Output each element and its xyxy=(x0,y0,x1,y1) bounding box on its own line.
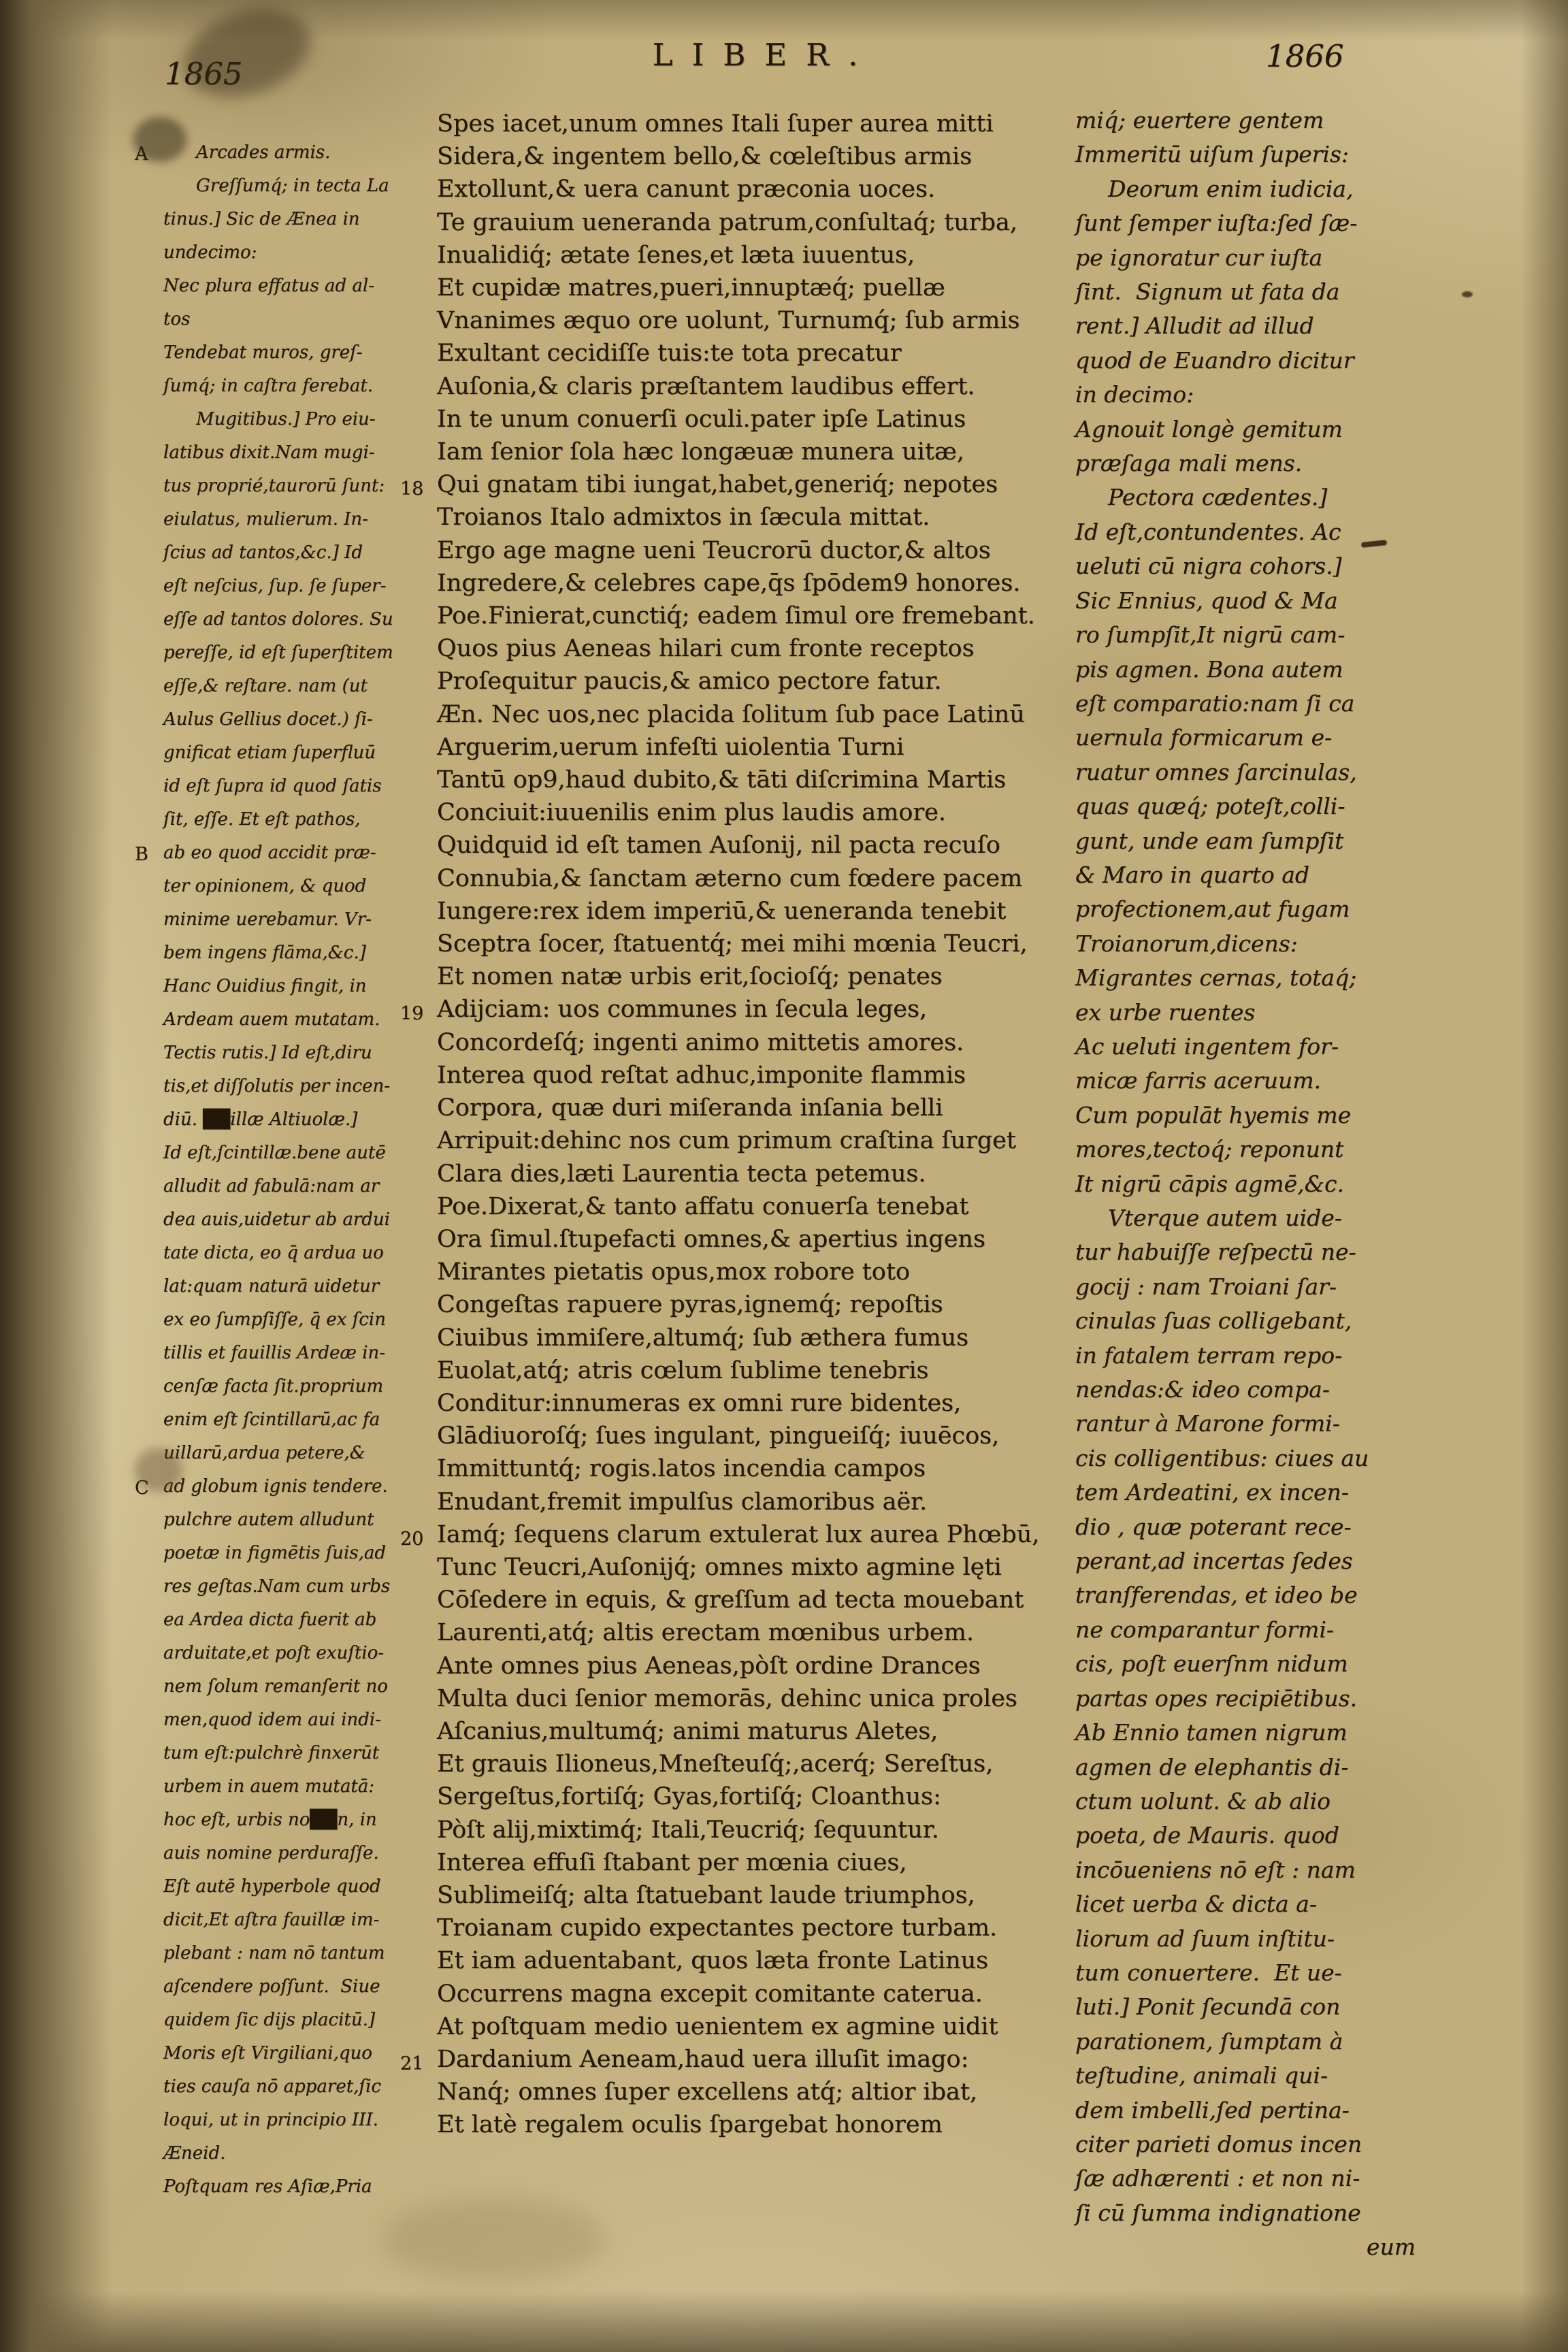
text-line: Sic Ennius, quod & Ma xyxy=(1075,584,1416,618)
text-line: pe ignoratur cur iuſta xyxy=(1075,241,1416,275)
text-line: Arripuit:dehinc nos cum primum craſtina … xyxy=(437,1124,1073,1157)
line-text: Poſtquam res Aſiæ,Pria xyxy=(163,2176,372,2197)
line-text: Connubia,& ſanctam æterno cum fœdere pac… xyxy=(437,865,1022,892)
line-text: Quos pius Aeneas hilari cum fronte recep… xyxy=(437,635,975,662)
line-text: Iam ſenior ſola hæc longæuæ munera uitæ, xyxy=(437,438,964,465)
line-text: quidem ſic dijs placitū.] xyxy=(163,2010,375,2030)
text-line: Agnouit longè gemitum xyxy=(1075,412,1416,446)
text-line: latibus dixit.Nam mugi- xyxy=(163,436,429,470)
text-line: ro ſumpſit,It nigrū cam- xyxy=(1075,618,1416,652)
text-line: 18Qui gnatam tibi iungat,habet,generiq́;… xyxy=(437,468,1073,501)
line-text: Eſt autē hyperbole quod xyxy=(163,1876,381,1897)
text-line: Et iam aduentabant, quos læta fronte Lat… xyxy=(437,1944,1073,1977)
text-line: Deorum enim iudicia, xyxy=(1075,172,1416,206)
text-line: gnificat etiam ſuperfluū xyxy=(163,736,429,770)
line-text: ne comparantur formi- xyxy=(1075,1616,1334,1643)
line-text: Et grauis Ilioneus,Mneſteuſq́;,acerq́; S… xyxy=(437,1750,993,1778)
line-text: Qui gnatam tibi iungat,habet,generiq́; n… xyxy=(437,471,998,498)
line-text: tum eſt:pulchrè finxerūt xyxy=(163,1743,379,1763)
line-text: Enudant,fremit impulſus clamoribus aër. xyxy=(437,1488,927,1516)
line-text: Immeritū uiſum ſuperis: xyxy=(1075,141,1349,167)
text-line: ueluti cū nigra cohors.] xyxy=(1075,549,1416,583)
text-line: Iungere:rex idem imperiū,& ueneranda ten… xyxy=(437,895,1073,928)
text-line: Glādiuoroſq́; ſues ingulant, pingueiſq́;… xyxy=(437,1420,1073,1452)
line-text: Ciuibus immiſere,altumq́; ſub æthera fum… xyxy=(437,1324,968,1352)
line-text: tus proprié,taurorū ſunt: xyxy=(163,476,385,496)
line-text: Deorum enim iudicia, xyxy=(1108,176,1353,202)
text-line: Tendebat muros, greſ- xyxy=(163,336,429,370)
text-line: Ab Ennio tamen nigrum xyxy=(1075,1716,1416,1750)
line-text: pereſſe, id eſt ſuperſtitem xyxy=(163,642,393,663)
line-text: Tantū op9,haud dubito,& tāti diſcrimina … xyxy=(437,766,1006,794)
text-line: ſumq́; in caſtra ferebat. xyxy=(163,370,429,403)
line-text: teſtudine, animali qui- xyxy=(1075,2062,1328,2089)
text-line: tillis et fauillis Ardeæ in- xyxy=(163,1337,429,1370)
text-line: ex eo ſumpſiſſe, q̄ ex ſcin xyxy=(163,1303,429,1337)
text-line: eiulatus, mulierum. In- xyxy=(163,503,429,536)
text-line: men,quod idem aui indi- xyxy=(163,1703,429,1737)
line-text: Iungere:rex idem imperiū,& ueneranda ten… xyxy=(437,898,1006,925)
text-line: Troianorum,dicens: xyxy=(1075,927,1416,961)
text-line: Cōſedere in equis, & greſſum ad tecta mo… xyxy=(437,1584,1073,1616)
line-text: tem Ardeatini, ex incen- xyxy=(1075,1479,1349,1505)
text-line: Corpora, quæ duri miſeranda inſania bell… xyxy=(437,1092,1073,1124)
line-text: Et cupidæ matres,pueri,innuptæq́; puellæ xyxy=(437,274,945,301)
line-text: Poe.Dixerat,& tanto affatu conuerſa tene… xyxy=(437,1193,968,1220)
text-line: 19Adijciam: uos communes in ſecula leges… xyxy=(437,993,1073,1026)
line-text: præſaga mali mens. xyxy=(1075,450,1302,476)
line-text: Auſonia,& claris præſtantem laudibus eff… xyxy=(437,373,975,400)
line-text: Ardeam auem mutatam. xyxy=(163,1009,380,1030)
line-text: Sublimeiſq́; alta ſtatuebant laude trium… xyxy=(437,1882,975,1909)
line-text: Te grauium ueneranda patrum,conſultaq́; … xyxy=(437,209,1017,236)
text-line: 21Dardanium Aeneam,haud uera illuſit ima… xyxy=(437,2043,1073,2076)
line-text: agmen de elephantis di- xyxy=(1075,1754,1349,1780)
text-line: ſit, eſſe. Et eſt pathos, xyxy=(163,803,429,836)
margin-section-letter: B xyxy=(135,838,148,871)
line-text: Laurenti,atq́; altis erectam mœnibus urb… xyxy=(437,1619,974,1646)
text-line: undecimo: xyxy=(163,236,429,269)
line-text: ueluti cū nigra cohors.] xyxy=(1075,553,1342,579)
text-line: Occurrens magna excepit comitante cateru… xyxy=(437,1978,1073,2010)
text-line: Troianam cupido expectantes pectore turb… xyxy=(437,1912,1073,1944)
text-line: dem imbelli,ſed pertina- xyxy=(1075,2093,1416,2127)
text-line: Migrantes cernas, totaq́; xyxy=(1075,961,1416,995)
text-line: Æneid. xyxy=(163,2137,429,2170)
text-line: Conditur:innumeras ex omni rure bidentes… xyxy=(437,1387,1073,1420)
text-line: dea auis,uidetur ab ardui xyxy=(163,1203,429,1237)
text-line: tinus.] Sic de Ænea in xyxy=(163,203,429,236)
text-line: cis colligentibus: ciues au xyxy=(1075,1441,1416,1475)
text-line: Extollunt,& uera canunt præconia uoces. xyxy=(437,173,1073,206)
line-text: urbem in auem mutatā: xyxy=(163,1776,374,1797)
text-line: Nanq́; omnes ſuper excellens atq́; altio… xyxy=(437,2076,1073,2108)
text-line: Ante omnes pius Aeneas,pòſt ordine Dranc… xyxy=(437,1650,1073,1682)
text-line: Immittuntq́; rogis.latos incendia campos xyxy=(437,1452,1073,1485)
line-text: cenſæ facta ſit.proprium xyxy=(163,1376,383,1396)
text-line: rent.] Alludit ad illud xyxy=(1075,309,1416,343)
line-text: pulchre autem alludunt xyxy=(163,1509,374,1530)
text-line: parationem, ſumptam à xyxy=(1075,2025,1416,2059)
text-line: miq́; euertere gentem xyxy=(1075,103,1416,137)
text-line: cinulas ſuas colligebant, xyxy=(1075,1304,1416,1338)
line-text: licet uerba & dicta a- xyxy=(1075,1891,1317,1917)
text-line: Ingredere,& celebres cape,q̄s ſpōdem9 ho… xyxy=(437,567,1073,600)
line-text: Troianam cupido expectantes pectore turb… xyxy=(437,1914,997,1942)
line-text: Tunc Teucri,Auſonijq́; omnes mixto agmin… xyxy=(437,1554,1002,1581)
text-line: Conciuit:iuuenilis enim plus laudis amor… xyxy=(437,796,1073,829)
left-margin-commentary: AArcades armis.Greſſumq́; in tecta Latin… xyxy=(163,136,429,2204)
line-text: quas quæq́; poteſt,colli- xyxy=(1075,793,1345,819)
text-line: Et latè regalem oculis ſpargebat honorem xyxy=(437,2108,1073,2141)
text-line: eſt neſcius, ſup. ſe ſuper- xyxy=(163,570,429,603)
line-text: dicit,Et aſtra fauillæ im- xyxy=(163,1910,379,1930)
text-line: alludit ad fabulā:nam ar xyxy=(163,1170,429,1203)
text-line: Hanc Ouidius fingit, in xyxy=(163,970,429,1003)
text-line: aſcendere poſſunt. Siue xyxy=(163,1970,429,2004)
line-text: At poſtquam medio uenientem ex agmine ui… xyxy=(437,2013,998,2040)
line-text: Greſſumq́; in tecta La xyxy=(196,176,389,196)
line-text: Troianos Italo admixtos in ſæcula mittat… xyxy=(437,504,930,531)
line-text: ſæ adhærenti : et non ni- xyxy=(1075,2165,1360,2191)
text-line: pereſſe, id eſt ſuperſtitem xyxy=(163,636,429,670)
line-text: tranſferendas, et ideo be xyxy=(1075,1582,1358,1608)
line-text: Extollunt,& uera canunt præconia uoces. xyxy=(437,176,935,203)
text-line: Et nomen natæ urbis erit,ſocioſq́; penat… xyxy=(437,960,1073,993)
text-line: Poe.Dixerat,& tanto affatu conuerſa tene… xyxy=(437,1190,1073,1223)
text-line: Greſſumq́; in tecta La xyxy=(163,169,429,203)
line-text: tillis et fauillis Ardeæ in- xyxy=(163,1343,385,1363)
text-line: Sublimeiſq́; alta ſtatuebant laude trium… xyxy=(437,1879,1073,1912)
line-text: uernula formicarum e- xyxy=(1075,724,1332,751)
ink-stain xyxy=(381,2198,606,2280)
text-line: teſtudine, animali qui- xyxy=(1075,2059,1416,2093)
text-line: incōueniens nō eſt : nam xyxy=(1075,1853,1416,1887)
text-line: plebant : nam nō tantum xyxy=(163,1937,429,1970)
line-text: Cōſedere in equis, & greſſum ad tecta mo… xyxy=(437,1586,1024,1614)
line-text: latibus dixit.Nam mugi- xyxy=(163,442,375,463)
line-text: ex urbe ruentes xyxy=(1075,999,1255,1026)
text-line: & Maro in quarto ad xyxy=(1075,858,1416,892)
line-text: uillarū,ardua petere,& xyxy=(163,1443,365,1463)
line-text: eiulatus, mulierum. In- xyxy=(163,509,368,529)
line-text: Conciuit:iuuenilis enim plus laudis amor… xyxy=(437,799,946,826)
line-text: Pectora cædentes.] xyxy=(1108,484,1327,510)
line-text: ruatur omnes ſarcinulas, xyxy=(1075,759,1357,785)
line-text: in decimo: xyxy=(1075,381,1194,408)
text-line: Ac ueluti ingentem for- xyxy=(1075,1030,1416,1064)
text-line: tos xyxy=(163,303,429,336)
line-text: gunt, unde eam ſumpſit xyxy=(1075,828,1343,854)
line-text: eum xyxy=(1367,2234,1416,2260)
line-text: loqui, ut in principio III. xyxy=(163,2110,378,2130)
line-text: Cum populāt hyemis me xyxy=(1075,1102,1351,1128)
text-line: Nec plura effatus ad al- xyxy=(163,269,429,303)
line-text: parationem, ſumptam à xyxy=(1075,2028,1343,2055)
line-text: Id eſt,ſcintillæ.bene autē xyxy=(163,1143,386,1163)
line-text: liorum ad ſuum inſtitu- xyxy=(1075,1925,1335,1952)
line-text: tos xyxy=(163,309,190,329)
text-line: hoc eſt, urbis no██n, in xyxy=(163,1803,429,1837)
line-text: Sic Ennius, quod & Ma xyxy=(1075,587,1338,614)
line-text: Arguerim,uerum infeſti uiolentia Turni xyxy=(437,734,904,761)
text-line: gocij : nam Troiani ſar- xyxy=(1075,1270,1416,1304)
line-text: Ergo age magne ueni Teucrorū ductor,& al… xyxy=(437,537,991,564)
line-text: Mugitibus.] Pro eiu- xyxy=(196,409,376,429)
text-line: Et cupidæ matres,pueri,innuptæq́; puellæ xyxy=(437,272,1073,304)
text-line: Mirantes pietatis opus,mox robore toto xyxy=(437,1256,1073,1288)
text-line: in decimo: xyxy=(1075,378,1416,412)
text-line: cis, poſt euerſnm nidum xyxy=(1075,1647,1416,1681)
text-line: minime uerebamur. Vr- xyxy=(163,903,429,936)
text-line: Tectis rutis.] Id eſt,diru xyxy=(163,1036,429,1070)
text-line: id eſt ſupra id quod ſatis xyxy=(163,770,429,803)
right-margin-commentary: miq́; euertere gentemImmeritū uiſum ſupe… xyxy=(1075,103,1416,2265)
text-line: quod de Euandro dicitur xyxy=(1075,344,1416,378)
line-text: res geſtas.Nam cum urbs xyxy=(163,1576,390,1597)
line-text: Dardanium Aeneam,haud uera illuſit imago… xyxy=(437,2046,968,2073)
line-text: Aulus Gellius docet.) ſi- xyxy=(163,709,373,730)
line-text: ſi cū ſumma indignatione xyxy=(1075,2200,1361,2226)
line-text: gnificat etiam ſuperfluū xyxy=(163,742,376,763)
text-line: quas quæq́; poteſt,colli- xyxy=(1075,789,1416,823)
text-line: arduitate,et poſt exuſtio- xyxy=(163,1637,429,1670)
line-text: ſint. Signum ut fata da xyxy=(1075,278,1339,305)
text-line: Quos pius Aeneas hilari cum fronte recep… xyxy=(437,632,1073,665)
text-line: perant,ad incertas ſedes xyxy=(1075,1544,1416,1578)
line-text: Ingredere,& celebres cape,q̄s ſpōdem9 ho… xyxy=(437,570,1020,597)
text-line: ter opinionem, & quod xyxy=(163,870,429,903)
line-text: poeta, de Mauris. quod xyxy=(1075,1822,1339,1848)
main-verse-text: Spes iacet,unum omnes Itali ſuper aurea … xyxy=(437,108,1073,2142)
line-text: eſt comparatio:nam ſi ca xyxy=(1075,690,1354,717)
page-number-left: 1865 xyxy=(165,56,243,92)
line-text: bem ingens flāma,&c.] xyxy=(163,943,366,963)
line-text: rent.] Alludit ad illud xyxy=(1075,312,1314,339)
text-line: dicit,Et aſtra fauillæ im- xyxy=(163,1904,429,1937)
line-text: profectionem,aut fugam xyxy=(1075,896,1350,922)
text-line: poeta, de Mauris. quod xyxy=(1075,1818,1416,1852)
line-text: Tendebat muros, greſ- xyxy=(163,342,363,363)
line-text: Et nomen natæ urbis erit,ſocioſq́; penat… xyxy=(437,963,943,990)
text-line: Inualidiq́; ætate ſenes,et læta iuuentus… xyxy=(437,239,1073,272)
line-text: In te unum conuerſi oculi.pater ipſe Lat… xyxy=(437,406,966,433)
text-line: tem Ardeatini, ex incen- xyxy=(1075,1475,1416,1509)
text-line: profectionem,aut fugam xyxy=(1075,892,1416,926)
text-line: 20Iamq́; ſequens clarum extulerat lux au… xyxy=(437,1518,1073,1551)
text-line: uernula formicarum e- xyxy=(1075,721,1416,755)
line-text: ſcius ad tantos,&c.] Id xyxy=(163,542,363,563)
text-line: Mugitibus.] Pro eiu- xyxy=(163,403,429,436)
line-text: Tectis rutis.] Id eſt,diru xyxy=(163,1043,372,1063)
running-head: LIBER. xyxy=(437,37,1073,73)
line-text: nem ſolum remanſerit no xyxy=(163,1676,388,1697)
line-text: Conditur:innumeras ex omni rure bidentes… xyxy=(437,1390,961,1417)
line-text: ea Ardea dicta fuerit ab xyxy=(163,1610,376,1630)
text-line: ne comparantur formi- xyxy=(1075,1613,1416,1647)
text-line: Clara dies,læti Laurentia tecta petemus. xyxy=(437,1158,1073,1190)
line-text: enim eſt ſcintillarū,ac fa xyxy=(163,1409,380,1430)
text-line: Proſequitur paucis,& amico pectore fatur… xyxy=(437,665,1073,698)
line-text: Hanc Ouidius fingit, in xyxy=(163,976,367,996)
text-line: AArcades armis. xyxy=(163,136,429,169)
line-text: auis nomine perduraſſe. xyxy=(163,1843,379,1863)
line-text: tur habuiſſe reſpectū ne- xyxy=(1075,1239,1356,1265)
text-line: ties cauſa nō apparet,ſic xyxy=(163,2070,429,2104)
text-line: Laurenti,atq́; altis erectam mœnibus urb… xyxy=(437,1616,1073,1649)
text-line: ſint. Signum ut fata da xyxy=(1075,275,1416,309)
line-text: pis agmen. Bona autem xyxy=(1075,656,1343,683)
text-line: eſſe,& reſtare. nam (ut xyxy=(163,670,429,703)
text-line: Et grauis Ilioneus,Mneſteuſq́;,acerq́; S… xyxy=(437,1748,1073,1780)
text-line: poetæ in figmētis ſuis,ad xyxy=(163,1537,429,1570)
line-text: eſſe ad tantos dolores. Su xyxy=(163,609,393,630)
line-text: ſit, eſſe. Et eſt pathos, xyxy=(163,809,360,830)
line-text: Mirantes pietatis opus,mox robore toto xyxy=(437,1258,910,1286)
text-line: nendas:& ideo compa- xyxy=(1075,1373,1416,1407)
text-line: eum xyxy=(1075,2230,1416,2264)
text-line: præſaga mali mens. xyxy=(1075,446,1416,480)
text-line: ſæ adhærenti : et non ni- xyxy=(1075,2161,1416,2195)
text-line: ctum uolunt. & ab alio xyxy=(1075,1784,1416,1818)
text-line: Ora ſimul.ſtupefacti omnes,& apertius in… xyxy=(437,1223,1073,1256)
text-line: Quidquid id eſt tamen Auſonij, nil pacta… xyxy=(437,829,1073,862)
text-line: uillarū,ardua petere,& xyxy=(163,1437,429,1470)
line-text: Sidera,& ingentem bello,& cœleſtibus arm… xyxy=(437,143,972,170)
line-text: mores,tectoq́; reponunt xyxy=(1075,1136,1343,1162)
text-line: ſunt ſemper iuſta:ſed ſæ- xyxy=(1075,206,1416,240)
text-line: res geſtas.Nam cum urbs xyxy=(163,1570,429,1603)
text-line: Vnanimes æquo ore uolunt, Turnumq́; ſub … xyxy=(437,304,1073,337)
text-line: Spes iacet,unum omnes Itali ſuper aurea … xyxy=(437,108,1073,140)
line-text: partas opes recipiētibus. xyxy=(1075,1685,1357,1712)
text-line: urbem in auem mutatā: xyxy=(163,1770,429,1803)
line-text: Corpora, quæ duri miſeranda inſania bell… xyxy=(437,1094,943,1122)
text-line: Moris eſt Virgiliani,quo xyxy=(163,2037,429,2070)
text-line: citer parieti domus incen xyxy=(1075,2127,1416,2161)
text-line: Connubia,& ſanctam æterno cum fœdere pac… xyxy=(437,862,1073,895)
margin-section-letter: A xyxy=(135,137,148,171)
line-text: Et iam aduentabant, quos læta fronte Lat… xyxy=(437,1947,988,1974)
line-text: cis colligentibus: ciues au xyxy=(1075,1445,1369,1471)
text-line: Auſonia,& claris præſtantem laudibus eff… xyxy=(437,370,1073,403)
text-line: ex urbe ruentes xyxy=(1075,996,1416,1030)
line-text: plebant : nam nō tantum xyxy=(163,1943,385,1963)
text-line: tur habuiſſe reſpectū ne- xyxy=(1075,1235,1416,1269)
text-line: Æn. Nec uos,nec placida ſolitum ſub pace… xyxy=(437,698,1073,731)
line-text: cis, poſt euerſnm nidum xyxy=(1075,1650,1348,1677)
line-text: alludit ad fabulā:nam ar xyxy=(163,1176,379,1196)
line-text: Moris eſt Virgiliani,quo xyxy=(163,2043,372,2063)
ink-speck xyxy=(1462,291,1473,297)
text-line: lat:quam naturā uidetur xyxy=(163,1270,429,1303)
text-line: eſſe ad tantos dolores. Su xyxy=(163,603,429,636)
text-line: Interea effuſi ſtabant per mœnia ciues, xyxy=(437,1846,1073,1879)
line-text: Ac ueluti ingentem for- xyxy=(1075,1033,1339,1060)
text-line: gunt, unde eam ſumpſit xyxy=(1075,824,1416,858)
line-text: Id eſt,contundentes. Ac xyxy=(1075,519,1341,545)
text-line: partas opes recipiētibus. xyxy=(1075,1682,1416,1716)
line-text: Nanq́; omnes ſuper excellens atq́; altio… xyxy=(437,2078,977,2106)
text-line: Vterque autem uide- xyxy=(1075,1201,1416,1235)
text-line: liorum ad ſuum inſtitu- xyxy=(1075,1922,1416,1956)
line-text: aſcendere poſſunt. Siue xyxy=(163,1976,380,1997)
text-line: micæ farris aceruum. xyxy=(1075,1064,1416,1098)
text-line: Iam ſenior ſola hæc longæuæ munera uitæ, xyxy=(437,436,1073,468)
line-text: Pòſt alij,mixtimq́; Itali,Teucriq́; ſequ… xyxy=(437,1816,939,1844)
text-line: Poſtquam res Aſiæ,Pria xyxy=(163,2170,429,2204)
text-line: Ergo age magne ueni Teucrorū ductor,& al… xyxy=(437,534,1073,567)
text-line: Exultant cecidiſſe tuis:te tota precatur xyxy=(437,337,1073,370)
text-line: bem ingens flāma,&c.] xyxy=(163,936,429,970)
text-line: Tunc Teucri,Auſonijq́; omnes mixto agmin… xyxy=(437,1551,1073,1584)
line-text: diū. ██illæ Altiuolæ.] xyxy=(163,1109,357,1130)
line-text: Vterque autem uide- xyxy=(1108,1205,1342,1231)
text-line: eſt comparatio:nam ſi ca xyxy=(1075,687,1416,721)
line-text: id eſt ſupra id quod ſatis xyxy=(163,776,382,796)
text-line: ſcius ad tantos,&c.] Id xyxy=(163,536,429,570)
line-text: Ab Ennio tamen nigrum xyxy=(1075,1719,1347,1746)
line-text: ad globum ignis tendere. xyxy=(163,1476,388,1497)
line-text: Interea effuſi ſtabant per mœnia ciues, xyxy=(437,1849,907,1876)
text-line: Interea quod reſtat adhuc,imponite flamm… xyxy=(437,1059,1073,1092)
text-line: diū. ██illæ Altiuolæ.] xyxy=(163,1103,429,1137)
line-text: Troianorum,dicens: xyxy=(1075,930,1298,957)
line-text: Poe.Finierat,cunctiq́; eadem ſimul ore f… xyxy=(437,602,1035,630)
text-line: Te grauium ueneranda patrum,conſultaq́; … xyxy=(437,206,1073,239)
line-text: ter opinionem, & quod xyxy=(163,876,366,896)
line-text: ſunt ſemper iuſta:ſed ſæ- xyxy=(1075,210,1357,236)
line-text: Æneid. xyxy=(163,2143,225,2163)
line-text: Euolat,atq́; atris cœlum ſublime tenebri… xyxy=(437,1357,929,1384)
line-text: Quidquid id eſt tamen Auſonij, nil pacta… xyxy=(437,832,1000,859)
line-text: ties cauſa nō apparet,ſic xyxy=(163,2076,381,2097)
text-line: nem ſolum remanſerit no xyxy=(163,1670,429,1703)
line-text: Spes iacet,unum omnes Itali ſuper aurea … xyxy=(437,110,994,137)
line-text: micæ farris aceruum. xyxy=(1075,1067,1321,1094)
text-line: Sceptra ſocer, ſtatuentq́; mei mihi mœni… xyxy=(437,928,1073,960)
line-text: ctum uolunt. & ab alio xyxy=(1075,1788,1330,1814)
text-line: pis agmen. Bona autem xyxy=(1075,653,1416,687)
text-line: Aſcanius,multumq́; animi maturus Aletes, xyxy=(437,1715,1073,1748)
line-text: Clara dies,læti Laurentia tecta petemus. xyxy=(437,1160,926,1188)
text-line: In te unum conuerſi oculi.pater ipſe Lat… xyxy=(437,403,1073,436)
line-text: eſt neſcius, ſup. ſe ſuper- xyxy=(163,576,386,596)
line-text: minime uerebamur. Vr- xyxy=(163,909,372,930)
text-line: Ardeam auem mutatam. xyxy=(163,1003,429,1036)
page-number-right: 1866 xyxy=(1266,38,1344,74)
verse-section-number: 21 xyxy=(400,2048,423,2080)
line-text: Occurrens magna excepit comitante cateru… xyxy=(437,1980,983,2008)
text-line: tum conuertere. Et ue- xyxy=(1075,1956,1416,1990)
text-line: Pòſt alij,mixtimq́; Itali,Teucriq́; ſequ… xyxy=(437,1814,1073,1846)
line-text: incōueniens nō eſt : nam xyxy=(1075,1857,1356,1883)
line-text: Ante omnes pius Aeneas,pòſt ordine Dranc… xyxy=(437,1652,981,1680)
text-line: Eſt autē hyperbole quod xyxy=(163,1870,429,1904)
text-line: Sidera,& ingentem bello,& cœleſtibus arm… xyxy=(437,140,1073,173)
line-text: Multa duci ſenior memorās, dehinc unica … xyxy=(437,1685,1017,1712)
line-text: Iamq́; ſequens clarum extulerat lux aure… xyxy=(437,1521,1039,1548)
verse-section-number: 19 xyxy=(400,998,423,1030)
text-line: luti.] Ponit ſecundā con xyxy=(1075,1990,1416,2024)
line-text: luti.] Ponit ſecundā con xyxy=(1075,1993,1340,2020)
text-line: Sergeſtus,fortiſq́; Gyas,fortiſq́; Cloan… xyxy=(437,1780,1073,1813)
text-line: Bab eo quod accidit præ- xyxy=(163,836,429,870)
line-text: cinulas ſuas colligebant, xyxy=(1075,1307,1352,1334)
line-text: ab eo quod accidit præ- xyxy=(163,843,376,863)
text-line: Multa duci ſenior memorās, dehinc unica … xyxy=(437,1682,1073,1715)
text-line: licet uerba & dicta a- xyxy=(1075,1887,1416,1921)
